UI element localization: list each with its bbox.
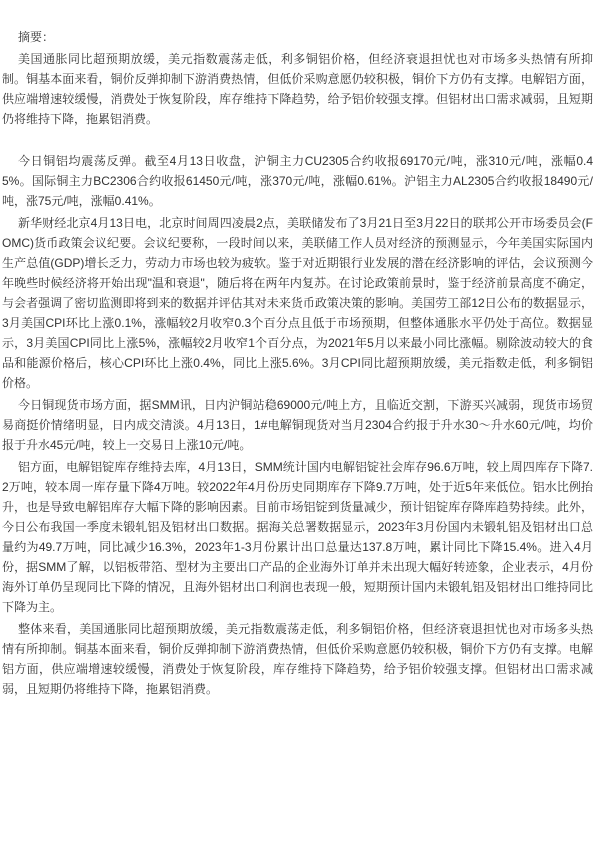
market-close-paragraph: 今日铜铝均震荡反弹。截至4月13日收盘，沪铜主力CU2305合约收报69170元…: [2, 151, 593, 211]
fomc-minutes-paragraph: 新华财经北京4月13日电，北京时间周四凌晨2点，美联储发布了3月21日至3月22…: [2, 213, 593, 393]
copper-spot-paragraph: 今日铜现货市场方面，据SMM讯，日内沪铜站稳69000元/吨上方，且临近交割，下…: [2, 395, 593, 455]
summary-heading: 摘要：: [2, 27, 593, 47]
aluminum-inventory-paragraph: 铝方面，电解铝锭库存维持去库，4月13日，SMM统计国内电解铝锭社会库存96.6…: [2, 457, 593, 617]
summary-paragraph: 美国通胀同比超预期放缓，美元指数震荡走低，利多铜铝价格，但经济衰退担忧也对市场多…: [2, 49, 593, 129]
document-page: 摘要： 美国通胀同比超预期放缓，美元指数震荡走低，利多铜铝价格，但经济衰退担忧也…: [0, 0, 595, 842]
paragraph-spacer: [2, 131, 593, 151]
conclusion-paragraph: 整体来看，美国通胀同比超预期放缓，美元指数震荡走低，利多铜铝价格，但经济衰退担忧…: [2, 619, 593, 699]
